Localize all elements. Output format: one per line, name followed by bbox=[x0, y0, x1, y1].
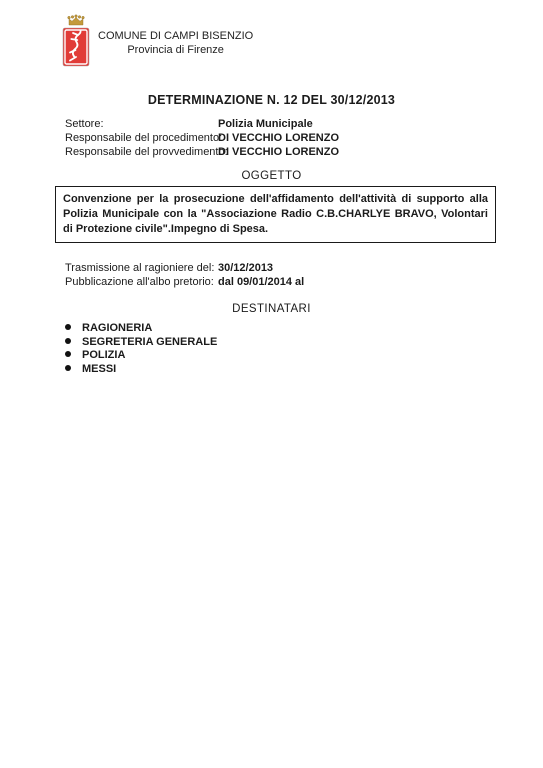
destinatari-list: RAGIONERIA SEGRETERIA GENERALE POLIZIA M… bbox=[65, 321, 217, 376]
field-value: 30/12/2013 bbox=[218, 262, 273, 274]
destinatario-label: MESSI bbox=[82, 363, 116, 375]
destinatario-label: RAGIONERIA bbox=[82, 322, 152, 334]
transmission-fields: Trasmissione al ragioniere del:30/12/201… bbox=[65, 261, 304, 289]
list-item: MESSI bbox=[65, 362, 217, 376]
document-title: DETERMINAZIONE N. 12 DEL 30/12/2013 bbox=[0, 93, 543, 107]
document-page: COMUNE DI CAMPI BISENZIO Provincia di Fi… bbox=[0, 0, 543, 768]
bullet-icon bbox=[65, 324, 71, 330]
list-item: SEGRETERIA GENERALE bbox=[65, 335, 217, 349]
coat-of-arms-icon bbox=[60, 13, 92, 69]
bullet-icon bbox=[65, 351, 71, 357]
crown-shape bbox=[68, 15, 85, 25]
shield-shape bbox=[63, 28, 89, 66]
document-header: COMUNE DI CAMPI BISENZIO Provincia di Fi… bbox=[98, 29, 253, 57]
destinatari-heading: DESTINATARI bbox=[0, 303, 543, 315]
field-row-pubblicazione: Pubblicazione all'albo pretorio:dal 09/0… bbox=[65, 275, 304, 289]
municipality-name: COMUNE DI CAMPI BISENZIO bbox=[98, 29, 253, 43]
destinatario-label: SEGRETERIA GENERALE bbox=[82, 336, 217, 348]
field-value: DI VECCHIO LORENZO bbox=[218, 146, 339, 158]
field-value: Polizia Municipale bbox=[218, 118, 313, 130]
field-label: Pubblicazione all'albo pretorio: bbox=[65, 275, 218, 289]
field-label: Settore: bbox=[65, 117, 218, 131]
list-item: POLIZIA bbox=[65, 348, 217, 362]
field-value: DI VECCHIO LORENZO bbox=[218, 132, 339, 144]
destinatario-label: POLIZIA bbox=[82, 349, 125, 361]
oggetto-box: Convenzione per la prosecuzione dell'aff… bbox=[55, 186, 496, 243]
bullet-icon bbox=[65, 365, 71, 371]
list-item: RAGIONERIA bbox=[65, 321, 217, 335]
field-label: Trasmissione al ragioniere del: bbox=[65, 261, 218, 275]
field-row-settore: Settore:Polizia Municipale bbox=[65, 117, 339, 131]
field-row-resp-provvedimento: Responsabile del provvedimento:DI VECCHI… bbox=[65, 145, 339, 159]
oggetto-heading: OGGETTO bbox=[0, 170, 543, 182]
field-value: dal 09/01/2014 al bbox=[218, 276, 304, 288]
province-name: Provincia di Firenze bbox=[98, 43, 253, 57]
bullet-icon bbox=[65, 338, 71, 344]
field-row-trasmissione: Trasmissione al ragioniere del:30/12/201… bbox=[65, 261, 304, 275]
info-fields: Settore:Polizia Municipale Responsabile … bbox=[65, 117, 339, 159]
oggetto-text: Convenzione per la prosecuzione dell'aff… bbox=[63, 192, 488, 237]
field-label: Responsabile del procedimento: bbox=[65, 131, 218, 145]
field-row-resp-procedimento: Responsabile del procedimento:DI VECCHIO… bbox=[65, 131, 339, 145]
field-label: Responsabile del provvedimento: bbox=[65, 145, 218, 159]
